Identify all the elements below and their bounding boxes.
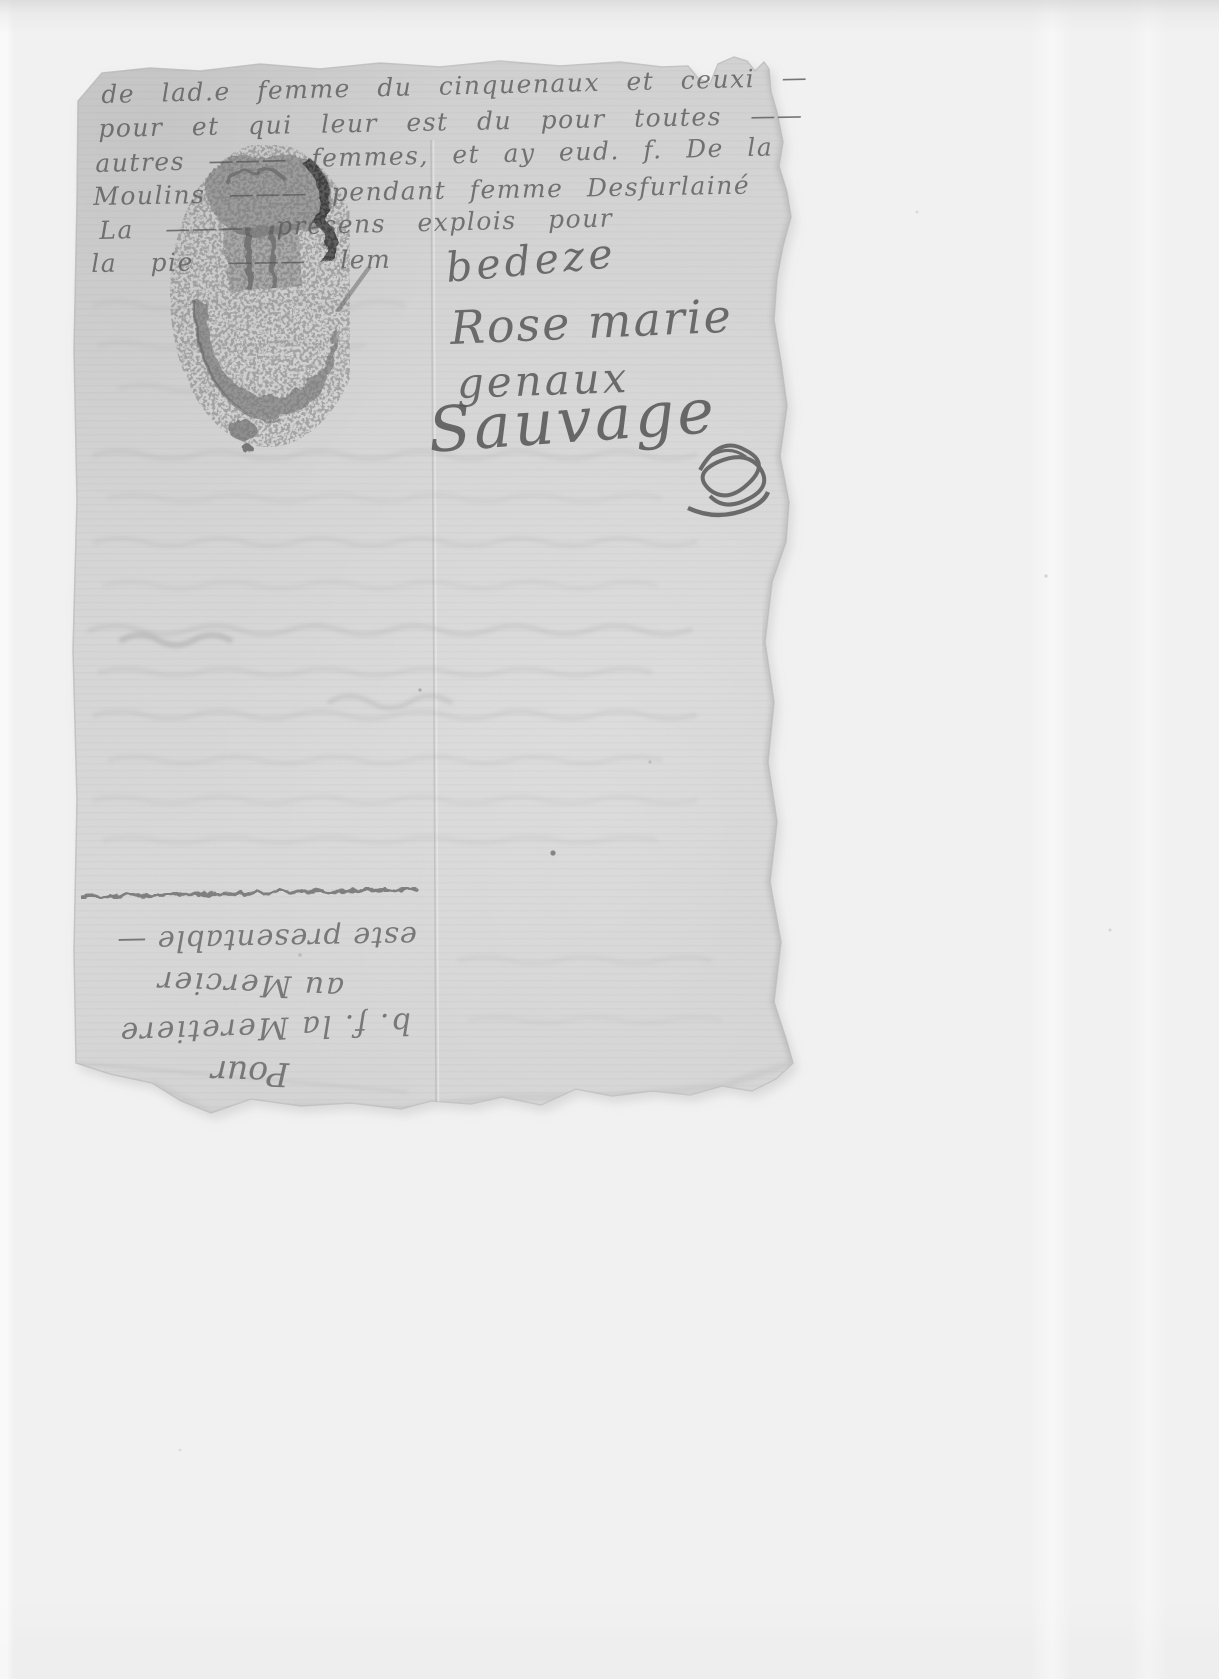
verso-line-4: este presentable — <box>83 920 418 960</box>
scanned-manuscript-page: de lad.e femme du cinquenaux et ceuxi — … <box>0 0 1219 1679</box>
verso-line-2: b. f. la Meretiere <box>82 1005 411 1051</box>
verso-line-1: Pour <box>82 1048 417 1099</box>
verso-line-3: au Mercier <box>82 961 417 1008</box>
verso-endorsement: Pour b. f. la Meretiere au Mercier este … <box>83 905 417 1095</box>
